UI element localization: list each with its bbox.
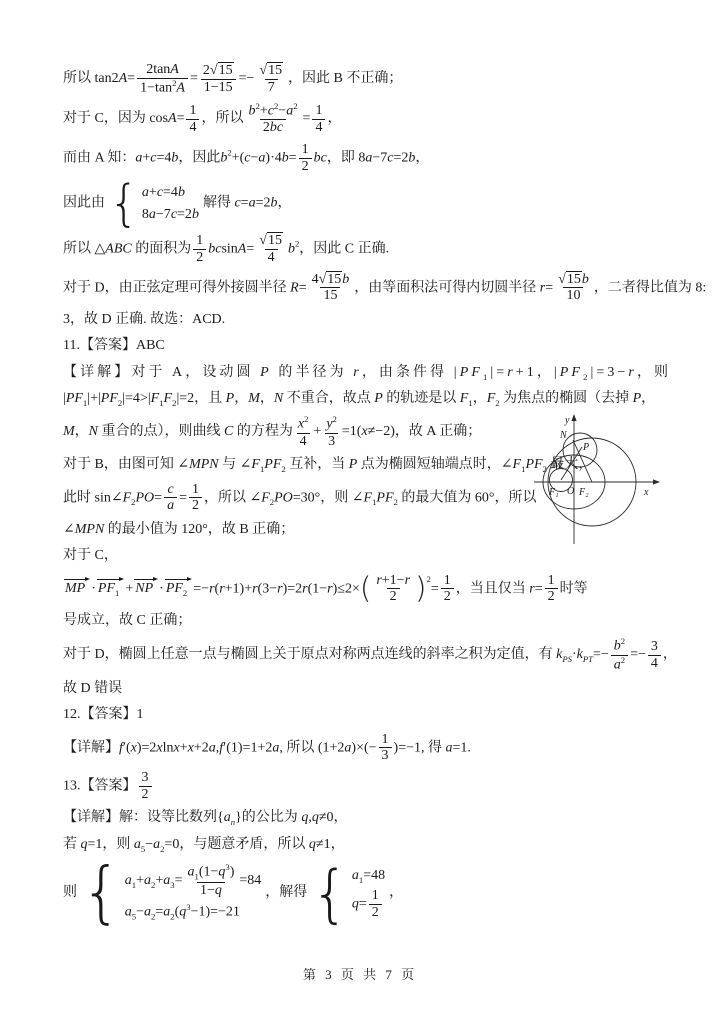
exponent: 2 xyxy=(426,573,430,586)
y-axis-arrow xyxy=(571,414,576,421)
cases-group: {a1+a2+a3=a1(1−q3)1−q=84a5−a2=a2(q3−1)=−… xyxy=(81,861,261,925)
paren-group: (r+1−r2)2 xyxy=(360,573,431,605)
fraction: b2a2 xyxy=(611,637,628,673)
problem-10-continued-line-5: 所以 △ABC 的面积为12bcsinA=√154b2，因此 C 正确. xyxy=(63,233,680,265)
fraction: 12 xyxy=(193,233,206,265)
problem-11-line-1: 11.【答案】ABC xyxy=(63,336,680,356)
problem-12-line-2: 【详解】f′(x)=2xlnx+x+2a,f′(1)=1+2a, 所以 (1+2… xyxy=(63,732,680,764)
superscript: 2 xyxy=(621,636,625,646)
subscript: 5 xyxy=(141,844,145,854)
problem-10-continued-line-4: 因此由{a+c=4b8a−7c=2b解得 c=a=2b， xyxy=(63,180,680,227)
subscript: 2 xyxy=(151,880,155,890)
fraction: √157 xyxy=(256,63,286,95)
fraction: y23 xyxy=(323,415,340,449)
subscript: 1 xyxy=(115,588,119,598)
subscript: 2 xyxy=(394,497,398,507)
problem-11-line-10: 号成立，故 C 正确； xyxy=(63,611,680,631)
label-point-p: P xyxy=(582,442,589,453)
fraction: 34 xyxy=(648,639,661,671)
subscript: 2 xyxy=(151,911,155,921)
superscript: 2 xyxy=(304,414,308,424)
fraction: √154 xyxy=(256,233,286,265)
subscript: 3 xyxy=(170,880,174,890)
cases-group: {a+c=4b8a−7c=2b xyxy=(109,180,199,227)
subscript: 2 xyxy=(160,844,164,854)
fraction: √15b10 xyxy=(555,272,592,304)
problem-10-continued-line-2: 对于 C，因为 cosA=14，所以b2+c2−a22bc=14， xyxy=(63,102,680,136)
superscript: 3 xyxy=(186,902,190,912)
problem-13-line-1: 13.【答案】32 xyxy=(63,770,680,802)
subscript: 2 xyxy=(495,398,499,408)
fraction: r+1−r2 xyxy=(373,573,413,605)
problem-12-line-1: 12.【答案】1 xyxy=(63,705,680,725)
radical: √15 xyxy=(259,232,283,248)
fraction: a1(1−q3)1−q xyxy=(184,863,237,899)
cases-group: {a1=48q=12 xyxy=(311,864,385,923)
fraction: ca xyxy=(164,482,177,514)
page-footer: 第 3 页 共 7 页 xyxy=(0,964,720,983)
fraction: 32 xyxy=(139,770,152,802)
subscript: 2 xyxy=(118,398,122,408)
superscript: 3 xyxy=(225,862,229,872)
problem-13-line-2: 【详解】解：设等比数列{an}的公比为 q,q≠0， xyxy=(63,808,680,828)
superscript: 2 xyxy=(293,101,297,111)
radical: √15 xyxy=(558,271,582,287)
problem-11-line-2: 【详解】对于 A，设动圆 P 的半径为 r，由条件得 |PF1|=r+1，|PF… xyxy=(63,363,680,383)
label-x-axis: x xyxy=(643,487,649,498)
subscript: 1 xyxy=(359,875,363,885)
fraction: 12 xyxy=(369,888,382,920)
fraction: 12 xyxy=(545,573,558,605)
label-origin-o: O xyxy=(567,486,574,497)
fraction: 12 xyxy=(441,573,454,605)
label-point-m: M xyxy=(552,460,562,471)
superscript: 2 xyxy=(255,101,259,111)
vector-arrow: MP xyxy=(64,579,88,596)
superscript: 2 xyxy=(333,414,337,424)
fraction: 12 xyxy=(299,142,312,174)
radical: √15 xyxy=(210,62,234,78)
subscript: 2 xyxy=(170,911,174,921)
fraction: 14 xyxy=(186,103,199,135)
document-page: 所以 tan2A=2tanA1−tan2A=2√151−15=−√157，因此 … xyxy=(0,0,720,1017)
fraction: 14 xyxy=(312,103,325,135)
problem-11-line-3: |PF1|+|PF2|=4>|F1F2|=2，且 P，M，N 不重合，故点 P … xyxy=(63,389,680,409)
label-point-n: N xyxy=(559,430,568,441)
vector-arrow: NP xyxy=(134,579,156,596)
subscript: 5 xyxy=(132,911,136,921)
vector-arrow: PF1 xyxy=(97,579,122,598)
geometry-figure: y N P M F₁ O F₂ x xyxy=(522,410,690,562)
problem-11-line-11: 对于 D，椭圆上任意一点与椭圆上关于原点对称两点连线的斜率之积为定值，有 kPS… xyxy=(63,637,680,673)
subscript: PS xyxy=(562,654,572,664)
superscript: 2 xyxy=(295,239,299,249)
problem-11-line-12: 故 D 错误 xyxy=(63,679,680,699)
x-axis-arrow xyxy=(653,479,660,484)
radical: √15 xyxy=(319,271,343,287)
label-y-axis: y xyxy=(564,415,570,426)
superscript: 2 xyxy=(227,148,231,158)
fraction: 2√151−15 xyxy=(200,63,237,95)
fraction: 2tanA1−tan2A xyxy=(137,62,188,96)
fraction: 4√15b15 xyxy=(309,272,353,304)
subscript: 1 xyxy=(194,872,198,882)
superscript: 2 xyxy=(274,101,278,111)
problem-10-continued-line-6: 对于 D，由正弦定理可得外接圆半径 R=4√15b15，由等面积法可得内切圆半径… xyxy=(63,272,680,304)
fraction: 12 xyxy=(189,482,202,514)
problem-11-line-9: MP·PF1+NP·PF2=−r(r+1)+r(3−r)=2r(1−r)≤2×(… xyxy=(63,573,680,605)
subscript: 2 xyxy=(172,398,176,408)
problem-10-continued-line-3: 而由 A 知：a+c=4b，因此b2+(c−a)·4b=12bc，即 8a−7c… xyxy=(63,142,680,174)
superscript: 2 xyxy=(621,655,625,665)
problem-10-continued-line-1: 所以 tan2A=2tanA1−tan2A=2√151−15=−√157，因此 … xyxy=(63,62,680,96)
subscript: 1 xyxy=(483,371,490,381)
label-focus-f1: F₁ xyxy=(548,487,559,498)
problem-13-line-4: 则{a1+a2+a3=a1(1−q3)1−q=84a5−a2=a2(q3−1)=… xyxy=(63,861,680,925)
problem-13-line-3: 若 q=1，则 a5−a2=0，与题意矛盾，所以 q≠1， xyxy=(63,835,680,855)
subscript: 2 xyxy=(183,588,187,598)
radical: √15 xyxy=(259,62,283,78)
problem-10-continued-line-7: 3，故 D 正确. 故选：ACD. xyxy=(63,310,680,330)
subscript: n xyxy=(231,817,235,827)
label-focus-f2: F₂ xyxy=(578,487,589,498)
subscript: 2 xyxy=(583,371,590,381)
vector-arrow: PF2 xyxy=(165,579,190,598)
subscript: 1 xyxy=(468,398,472,408)
subscript: 1 xyxy=(132,880,136,890)
subscript: PT xyxy=(583,654,593,664)
subscript: 2 xyxy=(281,464,285,474)
fraction: x24 xyxy=(295,415,312,449)
subscript: 1 xyxy=(83,398,87,408)
fraction: 13 xyxy=(379,732,392,764)
fraction: b2+c2−a22bc xyxy=(245,102,300,136)
